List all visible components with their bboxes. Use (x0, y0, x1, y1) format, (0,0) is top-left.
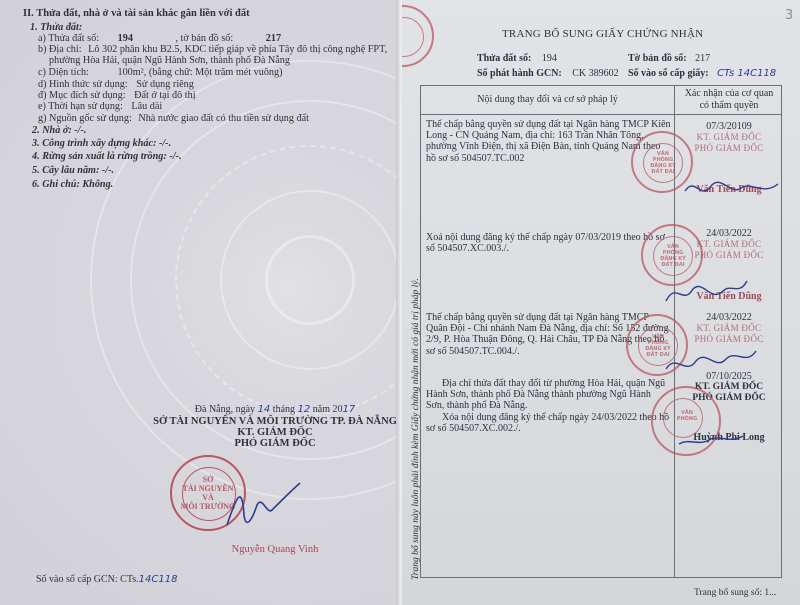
map-sheet-label: , tờ bản đồ số: (175, 33, 233, 44)
for-director-title: KT. GIÁM ĐỐC (150, 427, 400, 438)
house-item: 2. Nhà ở: -/-. (32, 125, 86, 136)
parcel-number: 194 (118, 33, 133, 44)
page-footer: Trang bổ sung số: 1... (694, 588, 776, 598)
cert-number-meta: Số phát hành GCN: CK 389602 (477, 68, 619, 79)
sign-month: 12 (298, 404, 311, 415)
table-row: Xoá nội dung đăng ký thế chấp ngày 07/03… (426, 232, 671, 254)
issuing-organization: SỞ TÀI NGUYÊN VÀ MÔI TRƯỜNG TP. ĐÀ NẴNG (150, 416, 400, 427)
table-row: Địa chỉ thửa đất thay đổi từ phường Hòa … (426, 378, 671, 434)
use-form-row: d) Hình thức sử dụng: Sử dụng riêng (38, 79, 194, 90)
changes-table: Nội dung thay đổi và cơ sở pháp lý Xác n… (420, 85, 782, 578)
map-sheet-meta: Tờ bản đồ số: 217 (628, 53, 710, 64)
address-line-1: Lô 302 phân khu B2.5, KDC tiếp giáp về p… (88, 44, 387, 55)
use-purpose-value: Đất ở tại đô thị (134, 90, 195, 101)
parcel-row: a) Thửa đất số: 194 , tờ bản đồ số: 217 (38, 33, 281, 44)
parcel-meta: Thửa đất số: 194 (477, 53, 557, 64)
corner-seal (402, 5, 434, 67)
use-purpose-label: đ) Mục đích sử dụng: (38, 90, 126, 101)
land-heading: 1. Thửa đất: (30, 22, 82, 33)
signature-icon (661, 341, 761, 381)
column-header-confirmation: Xác nhận của cơ quan có thẩm quyền (675, 88, 783, 112)
signature-block: Đà Nẵng, ngày 14 tháng 12 năm 2017 SỞ TÀ… (150, 404, 400, 449)
address-row: b) Địa chỉ: Lô 302 phân khu B2.5, KDC ti… (38, 44, 387, 55)
map-sheet-number: 217 (266, 33, 281, 44)
origin-row: g) Nguồn gốc sử dụng: Nhà nước giao đất … (38, 113, 309, 124)
perennial-trees-item: 5. Cây lâu năm: -/-. (32, 165, 114, 176)
signature-icon (683, 166, 783, 206)
use-term-row: e) Thời hạn sử dụng: Lâu dài (38, 101, 162, 112)
sign-day: 14 (258, 404, 271, 415)
sign-year: 17 (342, 404, 355, 415)
area-label: c) Diện tích: (38, 67, 89, 78)
use-term-label: e) Thời hạn sử dụng: (38, 101, 123, 112)
notes-item: 6. Ghi chú: Không. (32, 179, 113, 190)
registry-number: Số vào sổ cấp GCN: CTs.14C118 (36, 574, 177, 585)
parcel-label: a) Thửa đất số: (38, 33, 99, 44)
page-corner-number: 3 (785, 8, 793, 23)
area-value: 100m², (bằng chữ: Một trăm mét vuông) (117, 67, 282, 78)
origin-value: Nhà nước giao đất có thu tiền sử dụng đấ… (138, 113, 309, 124)
planted-forest-item: 4. Rừng sản xuất là rừng trồng: -/-. (32, 151, 182, 162)
other-constructions-item: 3. Công trình xây dựng khác: -/-. (32, 138, 171, 149)
signer-name: Nguyễn Quang Vinh (150, 544, 400, 555)
section-title: II. Thửa đất, nhà ở và tài sản khác gắn … (23, 8, 250, 19)
use-term-value: Lâu dài (131, 101, 162, 112)
column-header-content: Nội dung thay đổi và cơ sở pháp lý (421, 94, 674, 105)
signature-icon (661, 271, 751, 311)
page-title: TRANG BỔ SUNG GIẤY CHỨNG NHẬN (502, 28, 703, 40)
use-form-value: Sử dụng riêng (136, 79, 194, 90)
use-form-label: d) Hình thức sử dụng: (38, 79, 128, 90)
deputy-director-title: PHÓ GIÁM ĐỐC (150, 438, 400, 449)
supplementary-page: 3 TRANG BỔ SUNG GIẤY CHỨNG NHẬN Thửa đất… (402, 0, 800, 605)
address-label: b) Địa chỉ: (38, 44, 82, 55)
address-line-2: phường Hòa Hải, quận Ngũ Hành Sơn, thành… (49, 55, 290, 66)
signature-icon (222, 475, 302, 535)
use-purpose-row: đ) Mục đích sử dụng: Đất ở tại đô thị (38, 90, 196, 101)
sign-date: Đà Nẵng, ngày 14 tháng 12 năm 2017 (150, 404, 400, 415)
registry-meta: Số vào sổ cấp giấy: CTs 14C118 (628, 68, 776, 79)
area-row: c) Diện tích: 100m², (bằng chữ: Một trăm… (38, 67, 283, 78)
origin-label: g) Nguồn gốc sử dụng: (38, 113, 132, 124)
certificate-left-page: II. Thửa đất, nhà ở và tài sản khác gắn … (0, 0, 402, 605)
signature-icon (671, 416, 751, 456)
